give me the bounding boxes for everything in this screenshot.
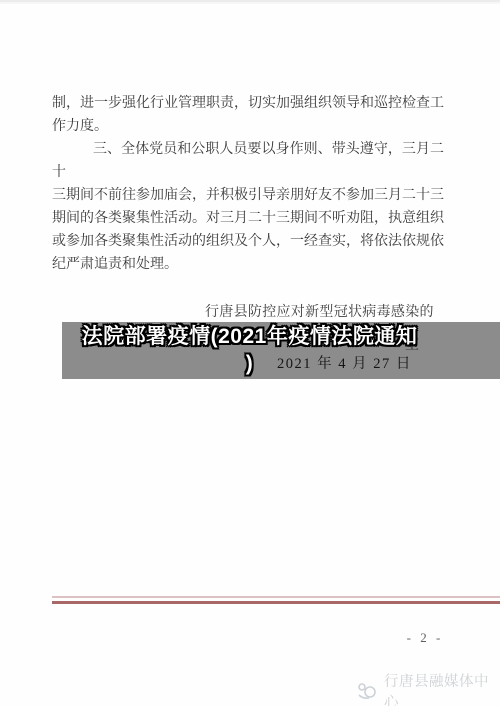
body-line: 作力度。	[52, 115, 444, 138]
body-line: 或参加各类聚集性活动的组织及个人，一经查实，将依法依规依	[52, 230, 444, 253]
issuer-name-line: 行唐县防控应对新型冠状病毒感染的	[205, 301, 434, 321]
body-line: 期间的各类聚集性活动。对三月二十三期间不听劝阻，执意组织	[52, 207, 444, 230]
body-line: 制，进一步强化行业管理职责，切实加强组织领导和巡控检查工	[52, 92, 444, 115]
watermark-text: 行唐县融媒体中心	[384, 670, 500, 706]
article-headline-line1: 法院部署疫情(2021年疫情法院通知	[62, 323, 437, 350]
footer-rule-dark	[52, 601, 500, 604]
footer-rule-light	[52, 596, 500, 598]
body-line: 纪严肃追责和处理。	[52, 253, 444, 276]
notice-body-text: 制，进一步强化行业管理职责，切实加强组织领导和巡控检查工 作力度。 三、全体党员…	[52, 92, 444, 276]
watermark: 行唐县融媒体中心	[357, 670, 500, 706]
body-line: 三、全体党员和公职人员要以身作则、带头遵守，三月二十	[52, 138, 444, 184]
scanned-document-page: 制，进一步强化行业管理职责，切实加强组织领导和巡控检查工 作力度。 三、全体党员…	[0, 0, 500, 706]
page-number: - 2 -	[398, 630, 452, 646]
scan-top-edge	[0, 0, 500, 4]
media-center-logo-icon	[357, 682, 379, 700]
article-headline: 法院部署疫情(2021年疫情法院通知 )	[62, 323, 437, 377]
body-line: 三期间不前往参加庙会，并积极引导亲朋好友不参加三月二十三	[52, 184, 444, 207]
article-headline-line2: )	[62, 350, 437, 377]
